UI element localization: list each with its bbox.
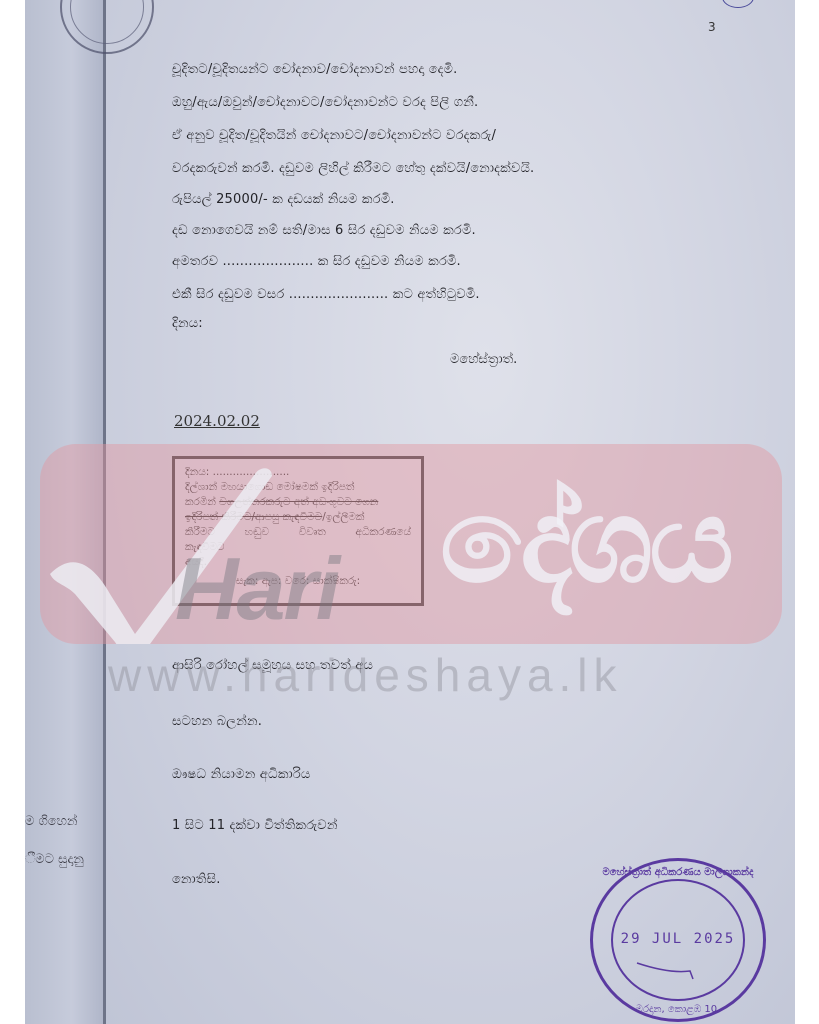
lower-line: සටහන බලන්න.: [172, 714, 262, 729]
stamp-text: කරමින්: [185, 496, 219, 508]
page-number: 3: [708, 20, 716, 34]
stamp-line: කරමින් වගඋත්තරකරුට අත් අඩංගුවට ගෙන: [185, 495, 411, 510]
stamp-line: අයදී.: [185, 555, 411, 570]
sentence-line: චූදිතට/චූදිතයන්ට චෝදනාව/චෝදනාවන් පහදා දෙ…: [172, 62, 457, 77]
back-page-text: ීමට සුදානු: [25, 852, 84, 867]
stamp-line: ඉදිරිපත් කිරීමට/ආපසු කැඳවීමට/ඉල්ලීමක්: [185, 510, 411, 525]
sentence-line: රුපියල් 25000/- ක දඩයක් නියම කරමි.: [172, 192, 395, 207]
signatory-title: මහේස්ත්‍රාත්.: [450, 352, 517, 367]
sentence-line: වරදකරුවන් කරමි. දඩුවම ලිහිල් කිරීමට හේතු…: [172, 161, 534, 176]
lower-line: ඖෂධ නියාමන අධිකාරිය: [172, 767, 310, 782]
seal-date: 29 JUL 2025: [593, 931, 763, 947]
stamp-word: හඬුව: [245, 525, 270, 540]
struck-text: ඉදිරිපත් කිරීමට/ආපසු කැඳවීමට: [185, 511, 322, 523]
sentence-line: දඩ නොගෙවයි නම් සති/මාස 6 සිර දඩුවම නියම …: [172, 223, 476, 238]
sentence-line: එකී සිර දඩුවම වසර ......................…: [172, 287, 480, 302]
lower-line: නොතිසි.: [172, 872, 221, 887]
stamp-word: කිරීමට: [185, 525, 215, 540]
order-date: 2024.02.02: [174, 412, 260, 430]
stamp-date-label: දිනය: .......................: [185, 465, 411, 480]
back-page-text: ම ගිහෙන්: [25, 814, 77, 829]
sentence-line: ඔහු/ඇය/ඔවුන්/චෝදනාවට/චෝදනාවන්ට වරද පිලි …: [172, 95, 478, 110]
rubber-stamp-box: දිනය: ....................... දිල්ශාන් ම…: [172, 456, 424, 606]
signature-scribble-icon: [635, 961, 705, 981]
back-page: ම ගිහෙන් ීමට සුදානු: [25, 0, 103, 1024]
date-label: දිනය:: [172, 316, 203, 331]
stamp-word: විවෘත: [299, 525, 326, 540]
sentence-line: ඒ අනුව චූදිත/චූදිතයින් චෝදනාවට/චෝදනාවන්ට…: [172, 128, 496, 143]
stamp-word: අධිකරණයේ: [355, 525, 411, 540]
seal-location: මරදාන, කොළඹ 10.: [593, 1004, 763, 1015]
stamp-line: කිරීමට හඬුව විවෘත අධිකරණයේ: [185, 525, 411, 540]
stamp-text: /ඉල්ලීමක්: [322, 511, 364, 523]
seal-court-name: මහේස්ත්‍රාත් අධිකරණය මාලිගාකන්ද: [593, 867, 763, 878]
stamp-line: කැඳවීමට: [185, 540, 411, 555]
lower-line: ආසිරි රෝහල් සමූහය සහ තවත් අය: [172, 658, 373, 673]
court-seal-stamp: මහේස්ත්‍රාත් අධිකරණය මාලිගාකන්ද 29 JUL 2…: [590, 858, 766, 1022]
stamp-signature-line: සැක: ඇප: වරෙ: සාක්ෂිකරු:: [185, 574, 411, 589]
struck-text: වගඋත්තරකරුට අත් අඩංගුවට ගෙන: [219, 496, 378, 508]
stamp-line: දිල්ශාන් මහයාගොඩ මෝෂමක් ඉදිරිපත්: [185, 480, 411, 495]
lower-line: 1 සිට 11 දක්වා විත්තිකරුවන්: [172, 818, 338, 833]
sentence-line: අමතරව ..................... ක සිර දඩුවම …: [172, 254, 461, 269]
